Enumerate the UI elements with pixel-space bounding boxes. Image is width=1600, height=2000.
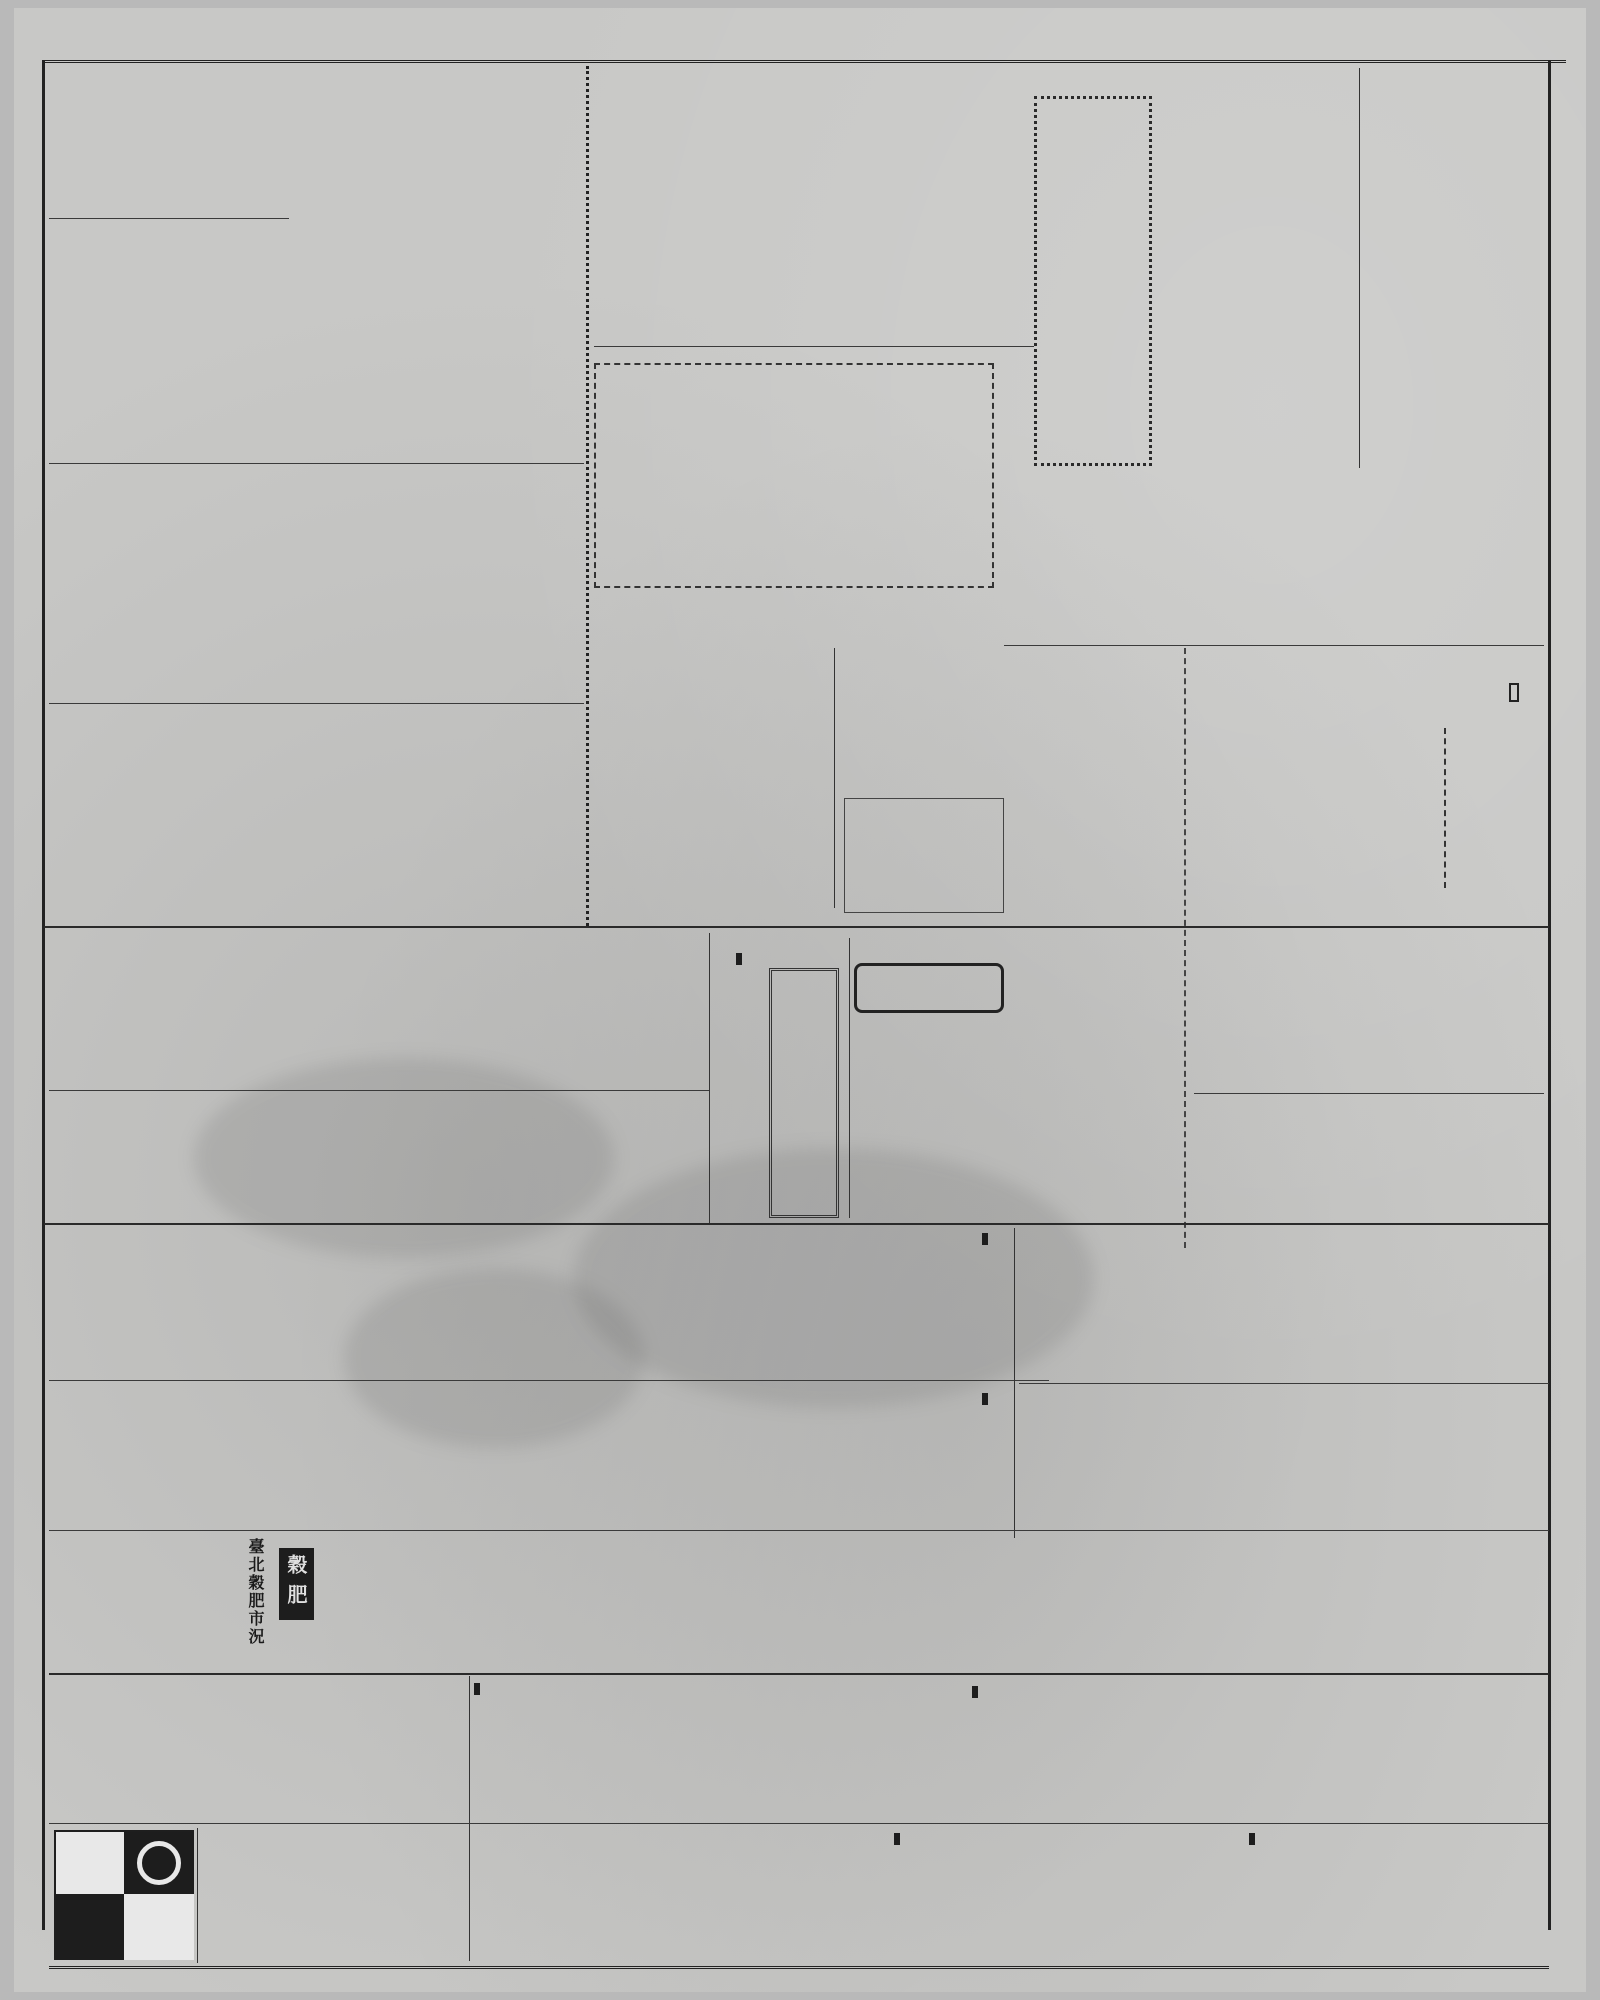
chicago-table <box>1014 1678 1049 1823</box>
tokyo-bank-stocks <box>1414 1088 1479 1218</box>
beancake-tag <box>972 1686 978 1698</box>
tokyo-stock-trend-body <box>1194 1088 1379 1218</box>
kaohsiung-table <box>1174 1388 1259 1528</box>
masthead-rule <box>44 60 1566 63</box>
tokyo-bonds-items <box>49 1096 109 1216</box>
spot-rice-back-table <box>534 1386 709 1526</box>
divider <box>49 218 289 219</box>
spot-front-commentary-body <box>784 1536 909 1666</box>
divider <box>469 1823 1549 1824</box>
dojima-front-report-body <box>1324 1233 1434 1373</box>
dalian-table <box>564 1678 804 1823</box>
foreign-cotton-table <box>934 1830 984 1960</box>
divider <box>834 648 835 908</box>
section-divider <box>49 1673 1549 1675</box>
dojima-buyers <box>234 1243 309 1378</box>
frame-left <box>42 60 45 1930</box>
inventory-total <box>1294 1388 1334 1528</box>
kobe-beancake-table <box>834 1678 944 1823</box>
english-law-body-2 <box>1014 808 1184 918</box>
citrus-body-2 <box>54 708 204 923</box>
masthead <box>54 30 1556 56</box>
newspaper-page: 穀肥 臺北穀肥市況 <box>14 8 1586 1992</box>
taipei-body <box>594 628 694 918</box>
nisshin-body <box>859 1018 1004 1208</box>
stocks-tag <box>736 953 742 965</box>
citrus-body-4 <box>379 708 579 923</box>
sugar-back-table <box>54 1680 209 1820</box>
ny-stocks-table <box>559 1830 599 1960</box>
citrus-body <box>54 468 294 698</box>
hat-inspection-header <box>444 68 574 458</box>
divider <box>594 346 1034 347</box>
divider <box>49 1090 709 1091</box>
ad-stocks-text <box>124 1894 194 1960</box>
divider <box>1004 645 1544 646</box>
divider <box>49 703 584 704</box>
rice-crisis-body <box>794 68 1029 338</box>
divider <box>849 938 850 1218</box>
bottom-rule <box>49 1966 1549 1969</box>
divider <box>586 66 589 926</box>
sugar-front-table <box>239 1680 414 1820</box>
market-observation-tag <box>1509 683 1519 702</box>
dojima-deduction-table <box>49 1233 189 1373</box>
divider <box>1184 648 1186 1248</box>
fertilizer-market-tag: 穀肥 <box>279 1548 314 1620</box>
citrus-body-3 <box>244 708 344 923</box>
comparison-intro <box>749 388 849 578</box>
market-observation-body-2 <box>1194 938 1544 1088</box>
right-table-cont <box>1044 1536 1544 1666</box>
kobe-fertilizer-table <box>1079 1678 1219 1823</box>
divider <box>49 1823 469 1824</box>
market-section-box <box>769 968 839 1218</box>
kobe-exchange-table <box>474 1830 534 1960</box>
kaohsiung-fertilizer-table <box>1249 1678 1374 1823</box>
nisshin-column-header <box>854 963 1004 1013</box>
divider <box>1444 728 1446 888</box>
public-price-table <box>49 1386 189 1526</box>
foreign-exchange-table <box>704 1830 869 1960</box>
taipei-fertilizer-title: 臺北穀肥市況 <box>244 1538 267 1658</box>
divider <box>709 933 710 1223</box>
market-table-cont <box>304 1536 569 1666</box>
silver-table <box>324 1830 374 1960</box>
divider <box>1019 1383 1549 1384</box>
java-sugar-table <box>1279 1830 1329 1960</box>
tokyo-rice-futures-table <box>534 1233 694 1373</box>
keelung-table <box>1334 1388 1429 1528</box>
textiles-tag <box>1249 1833 1255 1845</box>
lead-body-2 <box>1064 473 1544 643</box>
divider <box>1014 1228 1015 1538</box>
sugar-tag <box>474 1683 480 1695</box>
export-table <box>1024 1388 1134 1528</box>
keelung-dates <box>1474 1388 1544 1528</box>
rice-crisis-cont <box>999 353 1054 593</box>
spot-back-commentary-body <box>574 1536 729 1666</box>
osaka-rice-futures-table <box>804 1233 954 1373</box>
divider <box>469 1676 470 1961</box>
section-divider <box>44 926 1549 928</box>
lead-article <box>1359 68 1544 468</box>
divider <box>49 1380 1049 1381</box>
dojima-back-report-body <box>1194 1233 1289 1373</box>
rice-futures-tag <box>982 1233 988 1245</box>
osaka-sugar-months <box>1489 1830 1544 1960</box>
tokyo-long-names <box>194 943 484 1088</box>
comparison-clause <box>604 488 709 583</box>
dojima-misc-body <box>1024 1233 1159 1373</box>
taipei-fertilizer-table <box>49 1536 239 1666</box>
exchange-tag <box>894 1833 900 1845</box>
tokyo-long-values <box>49 943 189 1088</box>
section-divider <box>44 1223 1549 1225</box>
divider <box>49 463 584 464</box>
spot-rice-front-table <box>804 1386 954 1526</box>
ad-logo <box>124 1832 194 1894</box>
dalian-commentary <box>489 1678 559 1823</box>
frame-right <box>1548 60 1551 1930</box>
osaka-sugar-spot-table <box>1384 1830 1454 1960</box>
hat-body-2 <box>54 223 204 463</box>
tokyo-brand-table <box>949 1536 1009 1666</box>
dojima-volume <box>1469 1233 1544 1373</box>
english-law-body <box>850 804 945 904</box>
divider <box>197 1828 198 1963</box>
hat-body-3 <box>374 228 434 458</box>
amoy-table <box>654 1830 684 1960</box>
tokyo-long-table <box>194 943 484 1088</box>
spot-rice-tag <box>982 1393 988 1405</box>
spot-rice-residual-table <box>224 1386 424 1526</box>
tokyo-bank-amount <box>1484 1088 1509 1218</box>
continued-text <box>1014 933 1184 1223</box>
hat-continued <box>354 468 579 698</box>
market-observation-body <box>1169 653 1414 898</box>
osaka-long-names <box>144 1096 514 1216</box>
ny-exchange-table <box>604 1830 634 1960</box>
lead-body-cont <box>1064 353 1354 463</box>
english-law-box <box>844 798 1004 913</box>
rice-policy-note <box>849 653 999 793</box>
ad-logo-icon <box>137 1841 181 1885</box>
divider <box>49 1530 1549 1531</box>
ad-bonds-text <box>56 1832 124 1894</box>
ad-company <box>56 1894 124 1960</box>
comparison-clause <box>604 388 709 478</box>
advertisement <box>54 1830 194 1960</box>
dalian-silver-body <box>204 1830 299 1960</box>
hat-body <box>54 68 264 218</box>
tokyo-long-values-2 <box>594 943 704 1088</box>
taichung-fertilizer-table <box>1404 1678 1499 1823</box>
divider <box>1359 68 1360 468</box>
england-table <box>399 1830 434 1960</box>
kobe-rice-futures-table <box>364 1233 499 1373</box>
hat-intro <box>364 68 439 218</box>
